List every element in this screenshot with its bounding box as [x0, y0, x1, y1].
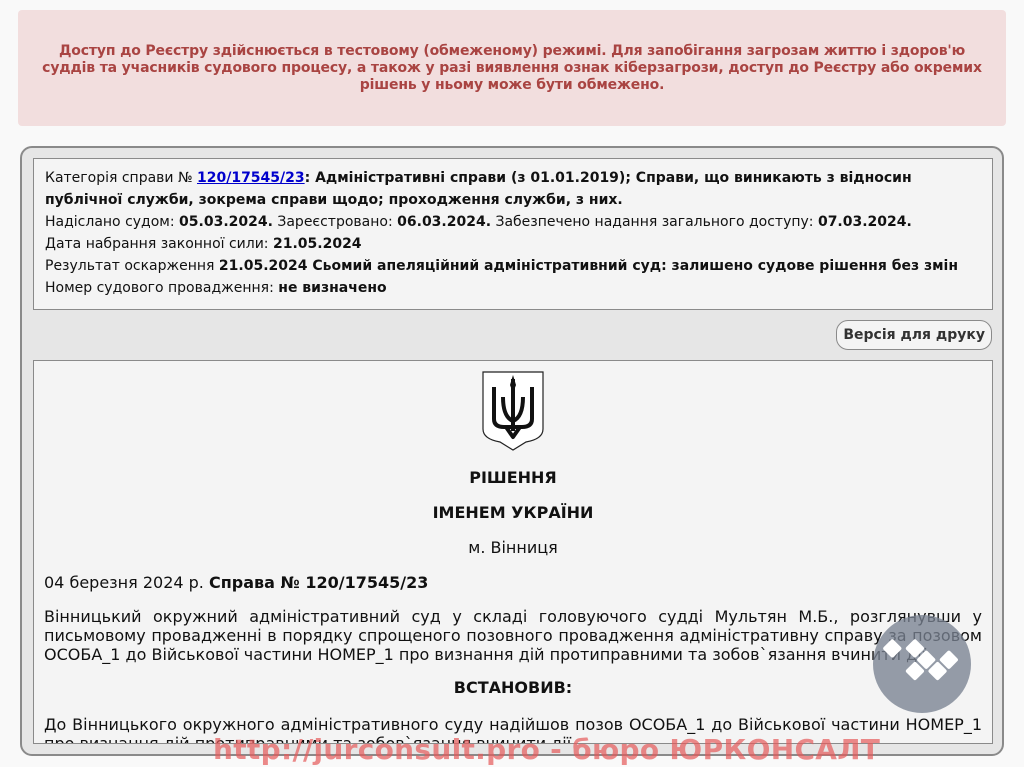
decision-document: РІШЕННЯ ІМЕНЕМ УКРАЇНИ м. Вінниця 04 бер…: [33, 360, 993, 744]
intro-paragraph: Вінницький окружний адміністративний суд…: [44, 607, 982, 664]
dates-line: Надіслано судом: 05.03.2024. Зареєстрова…: [45, 211, 981, 233]
decision-title: РІШЕННЯ: [44, 467, 982, 489]
registered-date: 06.03.2024.: [397, 214, 491, 230]
watermark-text: http://jurconsult.pro - бюро ЮРКОНСАЛТ: [213, 733, 813, 767]
appeal-line: Результат оскарження 21.05.2024 Сьомий а…: [45, 255, 981, 277]
case-number-link[interactable]: 120/17545/23: [197, 170, 305, 186]
puzzle-badge-icon[interactable]: [873, 615, 971, 713]
established-heading: ВСТАНОВИВ:: [44, 677, 982, 699]
case-reference: Справа № 120/17545/23: [209, 573, 428, 592]
access-date: 07.03.2024.: [818, 214, 912, 230]
category-line: Категорія справи № 120/17545/23: Адмініс…: [45, 167, 981, 211]
decision-date: 04 березня 2024 р.: [44, 573, 209, 592]
date-line: 04 березня 2024 р. Справа № 120/17545/23: [44, 572, 982, 594]
sent-date: 05.03.2024.: [179, 214, 273, 230]
legal-force-date: 21.05.2024: [273, 236, 362, 252]
print-version-button[interactable]: Версія для друку: [836, 320, 992, 350]
legal-force-line: Дата набрання законної сили: 21.05.2024: [45, 233, 981, 255]
proceeding-line: Номер судового провадження: не визначено: [45, 277, 981, 299]
proceeding-number: не визначено: [278, 280, 386, 296]
ukraine-coat-of-arms-icon: [482, 371, 544, 451]
appeal-result: 21.05.2024 Сьомий апеляційний адміністра…: [219, 258, 958, 274]
decision-frame: Категорія справи № 120/17545/23: Адмініс…: [20, 146, 1004, 756]
alert-text: Доступ до Реєстру здійснюється в тестово…: [34, 43, 990, 94]
access-warning-alert: Доступ до Реєстру здійснюється в тестово…: [18, 10, 1006, 126]
decision-city: м. Вінниця: [44, 537, 982, 559]
decision-subtitle: ІМЕНЕМ УКРАЇНИ: [44, 502, 982, 524]
case-info-panel: Категорія справи № 120/17545/23: Адмініс…: [33, 158, 993, 310]
